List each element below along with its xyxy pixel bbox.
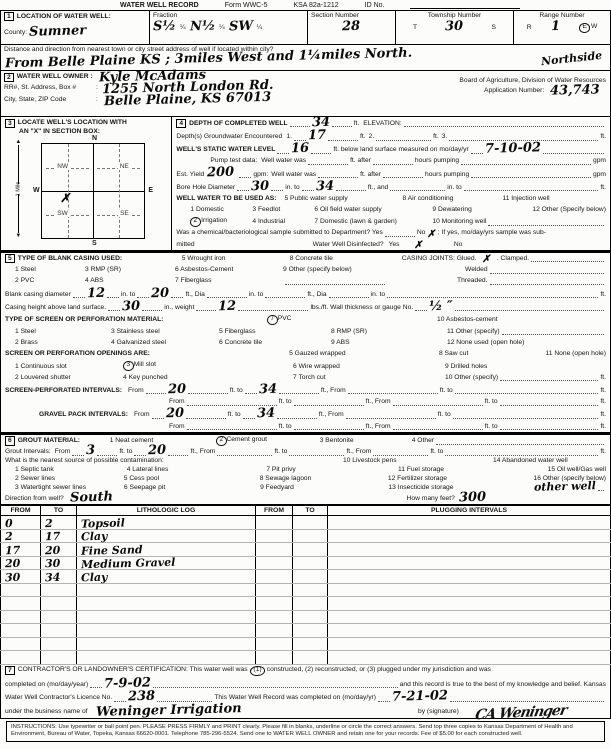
pump-gpm: gpm: [593, 157, 606, 165]
diam-ftdia: ft., Dia: [185, 291, 204, 299]
pump-hours: hours pumping: [415, 157, 459, 165]
leader: [318, 176, 358, 178]
leader: [385, 235, 415, 237]
one-mile-scale: ▲ 1 Mile ▼: [11, 139, 26, 239]
leader: [294, 404, 364, 406]
arrow-down-icon: ▼: [15, 233, 21, 239]
bore-depth-value: 34: [316, 181, 334, 192]
diam-into2: in. to: [249, 291, 264, 299]
sample-rest: ; If yes, mo/day/yrs sample was sub-: [438, 229, 546, 237]
spi2-ft: ft.: [600, 398, 606, 406]
grout-intervals-label: Grout Intervals:: [5, 448, 51, 456]
range-label: Range Number: [517, 12, 607, 19]
table-row: 0 2 Topsoil: [1, 516, 611, 530]
spi2-ftto: ft. to: [279, 398, 292, 406]
gpi2-ft: ft.: [600, 423, 606, 431]
depth-ft: ft.: [354, 120, 360, 128]
locate-title-line2: AN "X" IN SECTION BOX:: [19, 128, 169, 135]
depth-completed-label: DEPTH OF COMPLETED WELL: [189, 120, 287, 128]
screen-7-label: PVC: [278, 315, 292, 322]
bore-ft2: ft.: [600, 184, 606, 192]
section-5-number: 5: [5, 254, 15, 263]
grout-4: 4 Other: [412, 437, 434, 445]
leader: [277, 152, 289, 154]
leader: [445, 454, 598, 456]
bore-diam-value: 30: [251, 181, 269, 192]
static-level-rest: ft. below land surface measured on mo/da…: [333, 146, 468, 154]
quarter-glyph-2: ¼: [219, 24, 225, 32]
casing-8: 8 Concrete tile: [290, 255, 402, 263]
leader: [294, 428, 364, 430]
casing-title: TYPE OF BLANK CASING USED:: [18, 255, 182, 263]
quarter-glyph-3: ¼: [257, 24, 263, 32]
section-6-number: 6: [5, 436, 15, 445]
distance-note: Northside: [540, 52, 602, 67]
county-value: Sumner: [29, 27, 86, 39]
casing-5: 5 Wrought iron: [182, 255, 290, 263]
leader: [500, 404, 599, 406]
lith-from: 0: [5, 519, 13, 528]
table-row: 20 30 Medium Gravel: [1, 556, 611, 570]
section-7-certification: 7 CONTRACTOR'S OR LANDOWNER'S CERTIFICAT…: [0, 665, 611, 719]
leader: [134, 454, 146, 456]
leader: [237, 189, 249, 191]
grout-2-cement: 2Cement grout: [216, 436, 320, 446]
opening-9: 9 Drilled holes: [445, 363, 487, 371]
leader: [393, 404, 483, 406]
section-3-locate: 3 LOCATE WELL'S LOCATION WITH AN "X" IN …: [1, 117, 172, 250]
leader: [531, 260, 604, 262]
leader: [289, 454, 344, 456]
use-1: 1 Domestic: [190, 206, 252, 214]
signature-label: by (signature): [418, 708, 459, 716]
gpi2-ftto: ft. to: [279, 423, 292, 431]
bore-label: Bore Hole Diameter: [176, 184, 235, 192]
from-header-2: FROM: [256, 506, 293, 516]
gpi-from-value: 20: [165, 409, 183, 420]
use-2-circled: 2: [190, 217, 201, 227]
compass-north: N: [92, 135, 97, 142]
to-header-2: TO: [293, 506, 328, 516]
screen-5: 5 Fiberglass: [219, 328, 331, 336]
leader: [373, 163, 413, 165]
leader: [187, 428, 277, 430]
township-s: S: [491, 24, 495, 32]
casing-6: 6 Asbestos-Cement: [175, 266, 283, 274]
spi2-ftfrom: ft., From: [366, 398, 391, 406]
leader: [142, 309, 162, 311]
opening-8: 8 Saw cut: [439, 350, 546, 358]
diam-depth-value: 20: [151, 288, 169, 299]
sample-rest2: mitted: [176, 241, 194, 249]
leader: [450, 700, 604, 702]
city-value: Belle Plaine, KS 67013: [104, 93, 271, 108]
table-row-empty: [1, 624, 611, 638]
leader: [336, 189, 366, 191]
id-blank-line: [410, 2, 520, 9]
leader: [107, 296, 119, 298]
leader: [329, 296, 369, 298]
spi-ftfrom: ft., From: [321, 387, 346, 395]
leader: [436, 443, 604, 445]
contam-other-value: other well: [534, 483, 596, 493]
casing-9: 9 Other (specify below): [283, 266, 395, 274]
section-2-number: 2: [4, 73, 14, 82]
section-1-number: 1: [4, 12, 14, 21]
leader: [348, 392, 438, 394]
table-row-empty: [1, 651, 611, 665]
section-number-cell: Section Number 28: [307, 11, 395, 44]
gpi-label: GRAVEL PACK INTERVALS:: [39, 411, 128, 419]
ksa-number: KSA 82a-1212: [293, 2, 338, 9]
leader: [97, 454, 117, 456]
gauge-value: ½ ″: [429, 302, 453, 313]
direction-value: South: [70, 492, 113, 504]
opening-3-mill: 3Mill slot: [123, 361, 293, 371]
section-5-casing: 5 TYPE OF BLANK CASING USED: 5 Wrought i…: [0, 251, 611, 433]
range-r: R: [527, 24, 532, 32]
screen-1: 1 Steel: [15, 328, 111, 336]
use-2-irrigation: 2Irrigation: [190, 217, 252, 227]
contam-9: 9 Feedyard: [260, 484, 388, 492]
lith-to: 20: [45, 546, 61, 555]
casing-2: 2 PVC: [15, 277, 85, 285]
gi-ftfrom: ft., From: [190, 448, 215, 456]
disinfected-no-label: No: [454, 241, 463, 249]
lith-from: 2: [5, 533, 13, 542]
owner-right: Board of Agriculture, Division of Water …: [395, 71, 610, 116]
screen-material-title: TYPE OF SCREEN OR PERFORATION MATERIAL:: [5, 316, 253, 324]
section-1-location: 1 LOCATION OF WATER WELL: County: Sumner…: [0, 10, 611, 71]
gw-1-value: 17: [308, 131, 326, 142]
opening-6: 6 Wire wrapped: [293, 363, 445, 371]
use-9: 9 Dewatering: [432, 206, 532, 214]
yield-gpm: gpm:: [253, 171, 268, 179]
leader: [500, 428, 599, 430]
spi-from: From: [128, 387, 144, 395]
diam-into: in. to: [121, 291, 136, 299]
township-t: T: [413, 24, 417, 32]
bore-into2: in. to: [447, 184, 462, 192]
range-east-circled: E: [579, 22, 591, 32]
lithologic-log-table: FROM TO LITHOLOGIC LOG FROM TO PLUGGING …: [0, 505, 611, 665]
leader: [114, 700, 126, 702]
diam-label: Blank casing diameter: [5, 291, 71, 299]
section-2-owner: 2 WATER WELL OWNER : Kyle McAdams RR#, S…: [0, 71, 611, 117]
screen-9: 9 ABS: [331, 339, 447, 347]
casing-3: 3 RMP (SR): [85, 266, 175, 274]
use-5: 5 Public water supply: [284, 195, 402, 203]
gi-ft: ft.: [600, 448, 606, 456]
id-label: ID No.: [365, 2, 385, 9]
contam-7: 7 Pit privy: [266, 466, 398, 474]
gpi-to-value: 34: [257, 409, 275, 420]
table-row-empty: [1, 597, 611, 611]
quadrant-se-label: SE: [118, 210, 131, 217]
leader: [308, 163, 348, 165]
gw-2: 2.: [369, 133, 375, 141]
leader: [311, 152, 331, 154]
use-3: 3 Feedlot: [252, 206, 314, 214]
pump-www: Well water was: [261, 157, 306, 165]
spi-to-value: 34: [259, 385, 277, 396]
leader: [171, 296, 183, 298]
spi-from-value: 20: [168, 385, 186, 396]
contam-1: 1 Septic tank: [15, 466, 127, 474]
compass-west: W: [33, 187, 40, 194]
contam-12: 12 Fertilizer storage: [388, 475, 534, 483]
table-row: 17 20 Fine Sand: [1, 543, 611, 557]
opening-10-ft: ft.: [600, 374, 606, 382]
leader: [502, 333, 604, 335]
constructed-option-circled: (1): [249, 665, 265, 676]
spi-ftto: ft. to: [230, 387, 243, 395]
from-header: FROM: [1, 506, 41, 516]
opening-10: 10 Other (specify): [445, 374, 498, 382]
contam-11: 11 Fuel storage: [398, 466, 548, 474]
use-6: 6 Oil field water supply: [314, 206, 432, 214]
leader: [217, 454, 272, 456]
leader: [152, 417, 164, 419]
table-row-empty: [1, 637, 611, 651]
form-title: WATER WELL RECORD: [120, 2, 199, 9]
section-box-horizontal-line: [42, 191, 144, 192]
contam-8: 8 Sewage lagoon: [260, 475, 388, 483]
yield-after: ft. after: [360, 171, 381, 179]
gpi2-ftto2: ft. to: [485, 423, 498, 431]
range-cell: Range Number R 1 EW: [513, 11, 610, 44]
leader: [346, 417, 436, 419]
static-level-date: 7-10-02: [485, 144, 541, 156]
leader: [490, 283, 605, 285]
leader: [390, 189, 445, 191]
yield-hours: hours pumping: [425, 171, 469, 179]
plugging-intervals-header: PLUGGING INTERVALS: [328, 506, 611, 516]
opening-11: 11 None (open hole): [546, 350, 606, 358]
screen-11: 11 Other (specify): [447, 328, 500, 336]
compass-south: S: [92, 240, 97, 247]
leader: [393, 428, 483, 430]
gpi-ftto2: ft. to: [438, 411, 451, 419]
leader: [243, 417, 255, 419]
disinfected-yes-x-mark: ✗: [413, 243, 422, 249]
leader: [137, 296, 149, 298]
screen-7-pvc: 7PVC: [267, 315, 437, 325]
leader: [471, 176, 591, 178]
fraction-2-value: N½: [189, 22, 215, 33]
section-3-4-row: 3 LOCATE WELL'S LOCATION WITH AN "X" IN …: [0, 117, 611, 251]
well-location-x-mark: ✗: [60, 194, 70, 204]
completed-on-label: completed on (mo/day/year): [5, 681, 88, 689]
contam-15: 15 Oil well/Gas well: [548, 466, 606, 474]
lith-to: 30: [45, 560, 61, 569]
grout-3: 3 Bentonite: [320, 437, 412, 445]
scale-line-top: [18, 145, 19, 184]
leader: [543, 152, 604, 154]
contam-4: 4 Lateral lines: [127, 466, 267, 474]
section-3-number: 3: [5, 119, 15, 128]
opening-3-circled: 3: [123, 361, 134, 371]
opening-2: 2 Louvered shutter: [15, 374, 123, 382]
gi-to-value: 20: [148, 446, 166, 457]
height-value: 30: [122, 302, 140, 313]
opening-4: 4 Key punched: [123, 374, 293, 382]
leader: [277, 417, 317, 419]
use-2-label: Irrigation: [201, 217, 227, 224]
section-7-number: 7: [5, 666, 15, 675]
leader: [461, 163, 591, 165]
locate-title-line1: LOCATE WELL'S LOCATION WITH: [18, 119, 127, 127]
use-7: 7 Domestic (lawn & garden): [314, 218, 432, 226]
leader: [387, 296, 598, 298]
spi-label: SCREEN-PERFORATED INTERVALS:: [5, 387, 122, 395]
county-label: County:: [4, 29, 27, 37]
section-box: N S W E NW NE SW SE ✗: [41, 143, 145, 239]
how-many-feet-label: How many feet?: [407, 495, 455, 503]
compass-east: E: [148, 187, 153, 194]
lith-log: Clay: [81, 533, 108, 542]
owner-left: 2 WATER WELL OWNER : Kyle McAdams RR#, S…: [1, 71, 395, 116]
bore-into: in. to: [285, 184, 300, 192]
gpi-ftto: ft. to: [228, 411, 241, 419]
use-as-label: WELL WATER TO BE USED AS:: [176, 195, 276, 203]
application-number-label: Application Number:: [484, 87, 544, 95]
section-number-label: Section Number: [311, 12, 392, 19]
sample-question: Was a chemical/bacteriological sample su…: [176, 229, 382, 237]
instructions-text: INSTRUCTIONS: Use typewriter or ball poi…: [11, 724, 573, 738]
leader: [168, 454, 188, 456]
city-colon: :: [96, 96, 98, 104]
weight-value: 12: [218, 302, 236, 313]
leader: [207, 296, 247, 298]
use-10: 10 Monitoring well: [432, 218, 486, 226]
bore-ft-and: ft., and: [368, 184, 388, 192]
township-value: 30: [445, 22, 463, 33]
leader: [279, 392, 319, 394]
leader: [186, 417, 226, 419]
location-title: LOCATION OF WATER WELL:: [17, 13, 111, 21]
license-value: 238: [128, 692, 155, 703]
leader: [290, 125, 310, 127]
fraction-1-value: S½: [153, 22, 176, 33]
gpi-from: From: [134, 411, 150, 419]
gw-ft-2: ft.: [433, 133, 439, 141]
yield-www: Well water was: [271, 171, 316, 179]
direction-label: Direction from well?: [5, 495, 64, 503]
leader: [383, 176, 423, 178]
how-many-feet-value: 300: [459, 492, 486, 503]
business-name-value: Weninger Irrigation: [95, 704, 241, 718]
casing-7: 7 Fiberglass: [175, 277, 283, 285]
fraction-cell: Fraction S½ ¼ N½ ¼ SW ¼: [149, 11, 307, 44]
use-11: 11 Injection well: [502, 195, 549, 203]
use-4: 4 Industrial: [252, 218, 314, 226]
leader: [471, 152, 483, 154]
static-level-value: 16: [291, 144, 309, 155]
screen-12: 12 None used (open hole): [447, 339, 524, 347]
leader: [455, 309, 604, 311]
casing-4: 4 ABS: [85, 277, 175, 285]
yield-value: 200: [207, 168, 234, 179]
quadrant-sw-label: SW: [55, 210, 69, 217]
leader: [328, 139, 358, 141]
leader: [196, 309, 216, 311]
leader: [464, 189, 599, 191]
gw-ft-3: ft.: [600, 133, 606, 141]
elevation-label: ELEVATION:: [363, 120, 401, 128]
contam-2: 2 Sewer lines: [15, 475, 124, 483]
leader: [455, 392, 599, 394]
contamination-question: What is the nearest source of possible c…: [5, 457, 305, 465]
water-well-record-form: WATER WELL RECORD Form WWC-5 KSA 82a-121…: [0, 0, 611, 749]
grout-2-label: Cement grout: [226, 436, 267, 443]
leader: [245, 392, 257, 394]
opening-5: 5 Gauzed wrapped: [289, 350, 439, 358]
screen-7-circled: 7: [267, 315, 278, 325]
fraction-3-value: SW: [228, 22, 252, 33]
gpi-ft: ft.: [600, 411, 606, 419]
gi-from: From: [55, 448, 71, 456]
openings-title: SCREEN OR PERFORATION OPENINGS ARE:: [5, 350, 289, 358]
gi-ftto3: ft. to: [430, 448, 443, 456]
lithologic-log-header: LITHOLOGIC LOG: [77, 506, 256, 516]
form-header: WATER WELL RECORD Form WWC-5 KSA 82a-121…: [0, 0, 611, 10]
leader: [285, 283, 385, 285]
leader: [453, 417, 599, 419]
leader: [239, 176, 251, 178]
signature-value: CA Weninger: [474, 706, 567, 721]
glued-x-mark: ✗: [482, 257, 491, 263]
section-6-grout: 6 GROUT MATERIAL: 1 Neat cement 2Cement …: [0, 433, 611, 505]
lith-from: 30: [5, 573, 21, 582]
leader: [415, 309, 427, 311]
height-label: Casing height above land surface.: [5, 304, 106, 312]
contam-5: 5 Cess pool: [124, 475, 260, 483]
section-4-number: 4: [176, 119, 186, 128]
lith-to: 34: [45, 573, 61, 582]
gi-from-value: 3: [86, 446, 95, 457]
address-colon: :: [96, 84, 98, 92]
leader: [271, 189, 283, 191]
gpi2-ftfrom: ft., From: [366, 423, 391, 431]
quarter-line-right: [119, 144, 120, 238]
leader: [146, 392, 166, 394]
lith-log: Medium Gravel: [81, 559, 176, 570]
gpi-ftfrom: ft., From: [319, 411, 344, 419]
contam-14: 14 Abandoned water well: [493, 457, 568, 465]
diam-ftdia2: ft., Dia: [307, 291, 326, 299]
section-4-depth: 4 DEPTH OF COMPLETED WELL 34 ft. ELEVATI…: [172, 117, 610, 250]
screen-10: 10 Asbestos-cement: [437, 316, 498, 324]
contam-10: 10 Livestock pens: [343, 457, 493, 465]
screen-8: 8 RMP (SR): [331, 328, 447, 336]
to-header: TO: [41, 506, 77, 516]
table-row-empty: [1, 583, 611, 597]
leader: [373, 454, 428, 456]
lith-log: Topsoil: [81, 519, 125, 529]
casing-1: 1 Steel: [15, 266, 85, 274]
lith-from: 17: [5, 546, 21, 555]
opening-7: 7 Torch cut: [293, 374, 445, 382]
lith-from: 20: [5, 560, 21, 569]
leader: [404, 125, 604, 127]
diam-value: 12: [87, 288, 105, 299]
diam-ft: ft.: [600, 291, 606, 299]
leader: [488, 224, 604, 226]
quadrant-nw-label: NW: [55, 163, 70, 170]
spi-ftto2: ft. to: [440, 387, 453, 395]
gi-ftto2: ft. to: [274, 448, 287, 456]
